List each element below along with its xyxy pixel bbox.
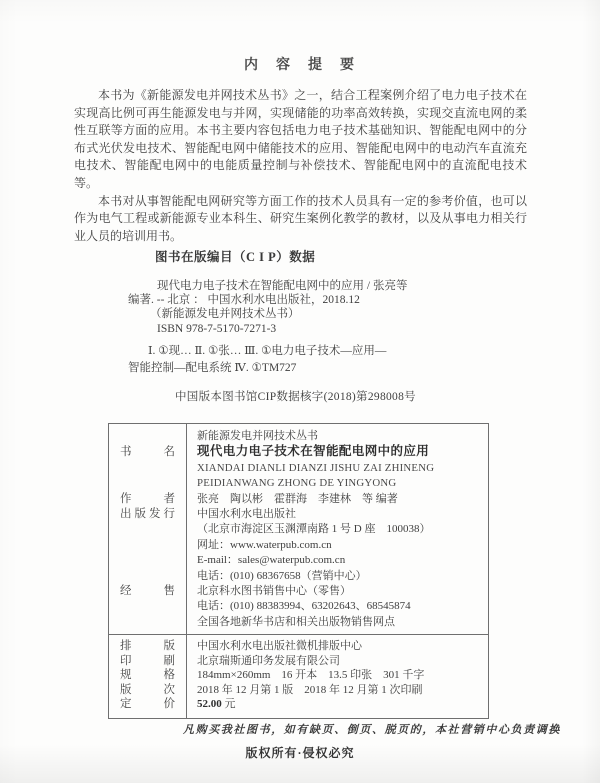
content-summary: 本书为《新能源发电并网技术丛书》之一，结合工程案例介绍了电力电子技术在实现高比例…	[74, 87, 527, 245]
table-row: 书名新能源发电并网技术丛书现代电力电子技术在智能配电网中的应用XIANDAI D…	[109, 429, 488, 492]
row-label: 排版	[109, 639, 186, 654]
row-line: 中国水利水电出版社微机排版中心	[197, 639, 482, 654]
row-content: 张亮 陶以彬 霍群海 李建林 等 编著	[186, 492, 488, 507]
table-section: 书名新能源发电并网技术丛书现代电力电子技术在智能配电网中的应用XIANDAI D…	[109, 424, 488, 634]
cip-classification-block: Ⅰ. ①现… Ⅱ. ①张… Ⅲ. ①电力电子技术—应用— 智能控制—配电系统 Ⅳ…	[128, 343, 386, 377]
row-line-text: XIANDAI DIANLI DIANZI JISHU ZAI ZHINENG	[197, 462, 434, 474]
cip-record-line: 编著. -- 北京 ： 中国水利水电出版社，2018.12	[128, 293, 407, 307]
row-line-text: 中国水利水电出版社微机排版中心	[197, 640, 362, 652]
table-row: 印刷北京瑞斯通印务发展有限公司	[109, 654, 488, 669]
row-line: （北京市海淀区玉渊潭南路 1 号 D 座 100038）	[197, 522, 482, 537]
summary-paragraph: 本书对从事智能配电网研究等方面工作的技术人员具有一定的参考价值，也可以作为电气工…	[74, 193, 527, 246]
row-line-text: 中国水利水电出版社	[197, 508, 296, 520]
row-content: 新能源发电并网技术丛书现代电力电子技术在智能配电网中的应用XIANDAI DIA…	[186, 429, 488, 492]
row-line-text: 北京瑞斯通印务发展有限公司	[197, 655, 340, 667]
row-line: 北京瑞斯通印务发展有限公司	[197, 654, 482, 669]
cip-classification-line: Ⅰ. ①现… Ⅱ. ①张… Ⅲ. ①电力电子技术—应用—	[128, 343, 386, 360]
row-line-text: PEIDIANWANG ZHONG DE YINGYONG	[197, 477, 396, 489]
row-line-text: 元	[222, 698, 236, 710]
row-line: 电话：(010) 68367658（营销中心）	[197, 569, 482, 584]
table-row: 规格184mm×260mm 16 开本 13.5 印张 301 千字	[109, 668, 488, 683]
row-line: 中国水利水电出版社	[197, 507, 482, 522]
row-line: 张亮 陶以彬 霍群海 李建林 等 编著	[197, 492, 482, 507]
row-content: 中国水利水电出版社微机排版中心	[186, 639, 488, 654]
row-line: 网址：www.waterpub.com.cn	[197, 538, 482, 553]
row-line-text: 电话：(010) 88383994、63202643、68545874	[197, 600, 411, 612]
row-content: 184mm×260mm 16 开本 13.5 印张 301 千字	[186, 668, 488, 683]
row-line-text: 北京科水图书销售中心（零售）	[197, 585, 351, 597]
row-line-text: 新能源发电并网技术丛书	[197, 430, 318, 442]
table-row: 作者张亮 陶以彬 霍群海 李建林 等 编著	[109, 492, 488, 507]
row-content: 中国水利水电出版社（北京市海淀区玉渊潭南路 1 号 D 座 100038）网址：…	[186, 507, 488, 584]
row-label: 规格	[109, 668, 186, 683]
table-row: 出版发行中国水利水电出版社（北京市海淀区玉渊潭南路 1 号 D 座 100038…	[109, 507, 488, 584]
table-section: 排版中国水利水电出版社微机排版中心印刷北京瑞斯通印务发展有限公司规格184mm×…	[109, 634, 488, 718]
summary-paragraph: 本书为《新能源发电并网技术丛书》之一，结合工程案例介绍了电力电子技术在实现高比例…	[74, 87, 527, 193]
row-line: 电话：(010) 88383994、63202643、68545874	[197, 599, 482, 614]
row-line-text: 电话：(010) 68367658（营销中心）	[197, 570, 367, 582]
row-line-text: 张亮 陶以彬 霍群海 李建林 等 编著	[197, 493, 398, 505]
row-label: 印刷	[109, 654, 186, 669]
cip-heading: 图书在版编目（C I P）数据	[155, 247, 315, 265]
row-line-text: 现代电力电子技术在智能配电网中的应用	[197, 444, 429, 458]
copyright-notice: 版权所有·侵权必究	[0, 744, 600, 761]
row-content: 52.00 元	[186, 697, 488, 712]
row-line: 北京科水图书销售中心（零售）	[197, 584, 482, 599]
row-content: 北京科水图书销售中心（零售）电话：(010) 88383994、63202643…	[186, 584, 488, 630]
row-line-text: 184mm×260mm 16 开本 13.5 印张 301 千字	[197, 669, 424, 681]
cip-registry: 中国版本图书馆CIP数据核字(2018)第298008号	[175, 388, 416, 404]
row-line: E-mail：sales@waterpub.com.cn	[197, 553, 482, 568]
row-line-text: E-mail：sales@waterpub.com.cn	[197, 554, 345, 566]
row-line: 2018 年 12 月第 1 版 2018 年 12 月第 1 次印刷	[197, 683, 482, 698]
cip-record-line: ISBN 978-7-5170-7271-3	[128, 322, 407, 336]
row-line: 新能源发电并网技术丛书	[197, 429, 482, 444]
row-line: PEIDIANWANG ZHONG DE YINGYONG	[197, 476, 482, 491]
table-row: 经售北京科水图书销售中心（零售）电话：(010) 88383994、632026…	[109, 584, 488, 630]
content-summary-heading: 内 容 提 要	[0, 54, 600, 74]
cip-record-line: （新能源发电并网技术丛书）	[128, 307, 407, 321]
row-line-text: 网址：www.waterpub.com.cn	[197, 539, 332, 551]
row-line-text: （北京市海淀区玉渊潭南路 1 号 D 座 100038）	[197, 523, 430, 535]
row-content: 2018 年 12 月第 1 版 2018 年 12 月第 1 次印刷	[186, 683, 488, 698]
cip-classification-line: 智能控制—配电系统 Ⅳ. ①TM727	[128, 360, 386, 377]
row-content: 北京瑞斯通印务发展有限公司	[186, 654, 488, 669]
copyright-page: 内 容 提 要 本书为《新能源发电并网技术丛书》之一，结合工程案例介绍了电力电子…	[0, 0, 600, 783]
row-line-text: 52.00	[197, 698, 222, 710]
row-line: 184mm×260mm 16 开本 13.5 印张 301 千字	[197, 668, 482, 683]
row-label: 出版发行	[109, 507, 186, 522]
cip-record-block: 现代电力电子技术在智能配电网中的应用 / 张亮等 编著. -- 北京 ： 中国水…	[128, 279, 407, 336]
row-label: 定价	[109, 697, 186, 712]
table-row: 排版中国水利水电出版社微机排版中心	[109, 639, 488, 654]
cip-record-line: 现代电力电子技术在智能配电网中的应用 / 张亮等	[128, 279, 407, 293]
exchange-notice: 凡购买我社图书，如有缺页、倒页、脱页的，本社营销中心负责调换	[183, 721, 561, 737]
row-label: 版次	[109, 683, 186, 698]
row-line: 52.00 元	[197, 697, 482, 712]
row-line-text: 全国各地新华书店和相关出版物销售网点	[197, 616, 395, 628]
colophon-table: 书名新能源发电并网技术丛书现代电力电子技术在智能配电网中的应用XIANDAI D…	[108, 423, 489, 719]
row-line: XIANDAI DIANLI DIANZI JISHU ZAI ZHINENG	[197, 461, 482, 476]
row-line-text: 2018 年 12 月第 1 版 2018 年 12 月第 1 次印刷	[197, 684, 423, 696]
table-row: 定价52.00 元	[109, 697, 488, 712]
row-label: 经售	[109, 584, 186, 599]
row-line: 现代电力电子技术在智能配电网中的应用	[197, 444, 482, 460]
table-row: 版次2018 年 12 月第 1 版 2018 年 12 月第 1 次印刷	[109, 683, 488, 698]
row-label: 书名	[109, 429, 186, 460]
row-line: 全国各地新华书店和相关出版物销售网点	[197, 615, 482, 630]
row-label: 作者	[109, 492, 186, 507]
